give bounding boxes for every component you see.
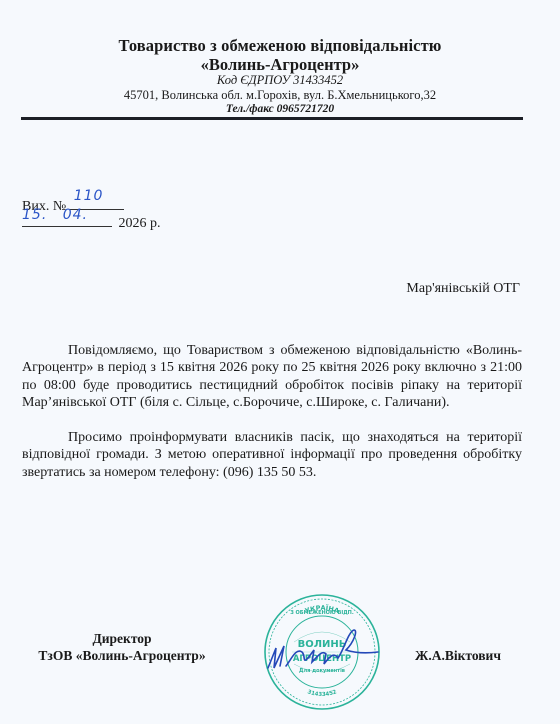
signatory-block: Директор ТзОВ «Волинь-Агроцентр» bbox=[22, 630, 222, 664]
letter-page: Товариство з обмеженою відповідальністю … bbox=[0, 0, 560, 724]
body-paragraph-text: Повідомляємо, що Товариством з обмеженою… bbox=[22, 342, 522, 411]
signatory-organization: ТзОВ «Волинь-Агроцентр» bbox=[22, 647, 222, 664]
stamp-center-2: АГРОЦЕНТР bbox=[293, 654, 351, 664]
addressee: Мар'янівській ОТГ bbox=[406, 281, 520, 297]
body-paragraph-1: Повідомляємо, що Товариством з обмеженою… bbox=[22, 342, 522, 411]
stamp-bottom: Для документів bbox=[299, 668, 345, 674]
outgoing-number-value: 110 bbox=[74, 188, 104, 204]
body-paragraph-2: Просимо проінформувати власників пасік, … bbox=[22, 429, 522, 481]
company-phone: Тел./факс 0965721720 bbox=[0, 103, 560, 115]
company-edrpou: Код ЄДРПОУ 31433452 bbox=[0, 73, 560, 88]
svg-text:31433452: 31433452 bbox=[306, 689, 337, 698]
outgoing-date-field: 15. 04. bbox=[22, 209, 112, 227]
stamp-center-1: ВОЛИНЬ bbox=[298, 639, 347, 650]
company-full-name: Товариство з обмеженою відповідальністю bbox=[0, 36, 560, 56]
company-name: «Волинь-Агроцентр» bbox=[0, 55, 560, 75]
header-divider bbox=[21, 117, 523, 120]
body-paragraph-text: Просимо проінформувати власників пасік, … bbox=[22, 429, 522, 481]
outgoing-date-value: 15. 04. bbox=[22, 207, 88, 223]
company-address: 45701, Волинська обл. м.Горохів, вул. Б.… bbox=[0, 88, 560, 103]
signatory-name: Ж.А.Віктович bbox=[415, 648, 501, 664]
company-stamp-icon: УКРАЇНА З ОБМЕЖЕНОЮ ВІДП. ВОЛИНЬ АГРОЦЕН… bbox=[262, 592, 382, 712]
outgoing-year: 2026 р. bbox=[119, 216, 161, 231]
outgoing-date-line: 15. 04. 2026 р. bbox=[22, 209, 161, 232]
signatory-position: Директор bbox=[22, 630, 222, 647]
svg-text:З ОБМЕЖЕНОЮ ВІДП.: З ОБМЕЖЕНОЮ ВІДП. bbox=[290, 610, 354, 616]
